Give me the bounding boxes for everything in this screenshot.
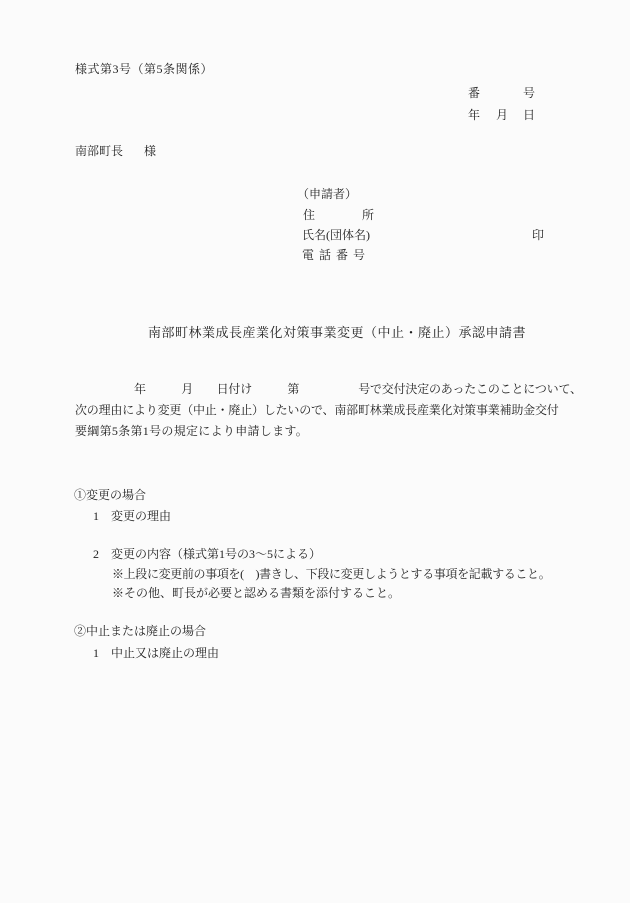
body-line-1: 年 月 日付け 第 号で交付決定のあったこのことについて、 — [75, 383, 582, 395]
applicant-name-label: 氏名(団体名) — [302, 229, 370, 241]
address-label-left: 住 — [303, 208, 315, 222]
applicant-label: （申請者） — [297, 188, 357, 200]
doc-number-prefix: 番 — [468, 86, 480, 100]
item-label: 変更の内容（様式第1号の3～5による） — [111, 547, 321, 561]
addressee-line: 南部町長様 — [75, 145, 156, 157]
item-number: 2 — [93, 547, 99, 561]
form-number-label: 様式第3号（第5条関係） — [75, 63, 213, 75]
date-month-label: 月 — [496, 108, 508, 122]
date-year-label: 年 — [468, 108, 480, 122]
change-note-2: ※その他、町長が必要と認める書類を添付すること。 — [112, 587, 400, 599]
addressee-honorific: 様 — [144, 144, 156, 158]
item-number: 1 — [93, 646, 99, 660]
item-label: 変更の理由 — [111, 509, 171, 523]
item-label: 中止又は廃止の理由 — [111, 646, 219, 660]
change-reason-item: 1変更の理由 — [93, 510, 171, 522]
change-content-item: 2変更の内容（様式第1号の3～5による） — [93, 548, 321, 560]
item-number: 1 — [93, 509, 99, 523]
section-cancel-heading: ②中止または廃止の場合 — [74, 625, 206, 637]
date-day-label: 日 — [523, 108, 535, 122]
body-line-3: 要綱第5条第1号の規定により申請します。 — [75, 425, 308, 437]
applicant-phone-label: 電 話 番 号 — [302, 249, 366, 261]
date-line: 年月日 — [468, 109, 535, 121]
body-line-2: 次の理由により変更（中止・廃止）したいので、南部町林業成長産業化対策事業補助金交… — [75, 404, 559, 416]
document-title: 南部町林業成長産業化対策事業変更（中止・廃止）承認申請書 — [148, 326, 526, 339]
doc-number-line: 番号 — [468, 87, 535, 99]
address-label-right: 所 — [362, 208, 374, 222]
addressee-name: 南部町長 — [75, 144, 123, 158]
change-note-1: ※上段に変更前の事項を( )書きし、下段に変更しようとする事項を記載すること。 — [112, 568, 550, 580]
section-change-heading: ①変更の場合 — [74, 489, 146, 501]
cancel-reason-item: 1中止又は廃止の理由 — [93, 647, 219, 659]
document-page: 様式第3号（第5条関係） 番号 年月日 南部町長様 （申請者） 住所 氏名(団体… — [0, 0, 630, 903]
doc-number-suffix: 号 — [523, 86, 535, 100]
seal-label: 印 — [532, 229, 544, 241]
applicant-address-line: 住所 — [303, 209, 374, 221]
